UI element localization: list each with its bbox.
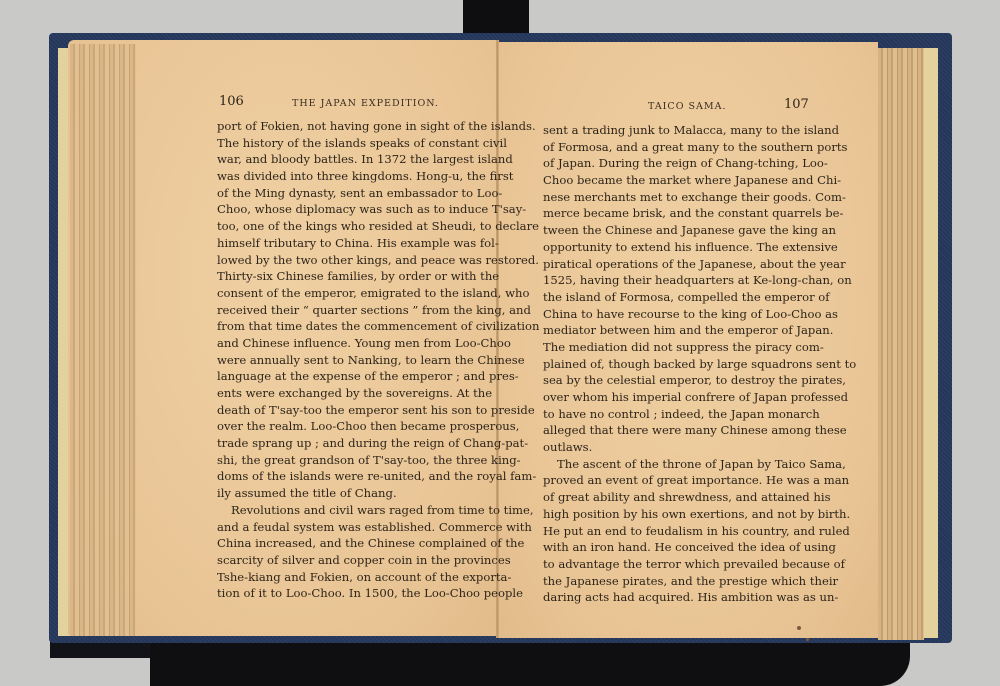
text-line: of Formosa, and a great many to the sout… xyxy=(543,139,801,156)
foxing-spot xyxy=(806,638,809,641)
text-line: sent a trading junk to Malacca, many to … xyxy=(543,122,801,139)
text-line: sea by the celestial emperor, to destroy… xyxy=(543,372,801,389)
text-line: Choo became the market where Japanese an… xyxy=(543,172,801,189)
text-line: over whom his imperial confrere of Japan… xyxy=(543,389,801,406)
text-line: received their “ quarter sections ” from… xyxy=(217,302,477,319)
right-page-text: sent a trading junk to Malacca, many to … xyxy=(543,122,801,606)
text-line: Choo, whose diplomacy was such as to ind… xyxy=(217,201,477,218)
background-shadow-bottom xyxy=(150,636,910,686)
foxing-spot xyxy=(797,626,801,630)
left-page-text: port of Fokien, not having gone in sight… xyxy=(217,118,477,602)
text-line: tion of it to Loo-Choo. In 1500, the Loo… xyxy=(217,585,477,602)
text-line: opportunity to extend his influence. The… xyxy=(543,239,801,256)
text-line: himself tributary to China. His example … xyxy=(217,235,477,252)
text-line: doms of the islands were re-united, and … xyxy=(217,468,477,485)
text-line: alleged that there were many Chinese amo… xyxy=(543,422,801,439)
text-line: was divided into three kingdoms. Hong-u,… xyxy=(217,168,477,185)
right-running-head: TAICO SAMA. xyxy=(648,101,726,112)
text-line: Thirty-six Chinese families, by order or… xyxy=(217,268,477,285)
text-line: the island of Formosa, compelled the emp… xyxy=(543,289,801,306)
left-page-edges xyxy=(70,44,136,636)
left-running-head: THE JAPAN EXPEDITION. xyxy=(292,98,439,109)
text-line: port of Fokien, not having gone in sight… xyxy=(217,118,477,135)
text-line: death of T'say-too the emperor sent his … xyxy=(217,402,477,419)
text-line: piratical operations of the Japanese, ab… xyxy=(543,256,801,273)
text-line: tween the Chinese and Japanese gave the … xyxy=(543,222,801,239)
text-line: to advantage the terror which prevailed … xyxy=(543,556,801,573)
text-line: mediator between him and the emperor of … xyxy=(543,322,801,339)
text-line: shi, the great grandson of T'say-too, th… xyxy=(217,452,477,469)
text-line: ents were exchanged by the sovereigns. A… xyxy=(217,385,477,402)
text-line: from that time dates the commencement of… xyxy=(217,318,477,335)
text-line: of the Ming dynasty, sent an embassador … xyxy=(217,185,477,202)
text-line: He put an end to feudalism in his countr… xyxy=(543,523,801,540)
right-flyleaf xyxy=(924,48,938,638)
right-page-number: 107 xyxy=(784,97,809,112)
text-line: lowed by the two other kings, and peace … xyxy=(217,252,477,269)
left-page-number: 106 xyxy=(219,94,244,109)
text-line: trade sprang up ; and during the reign o… xyxy=(217,435,477,452)
text-line: plained of, though backed by large squad… xyxy=(543,356,801,373)
text-line: and Chinese influence. Young men from Lo… xyxy=(217,335,477,352)
text-line: too, one of the kings who resided at She… xyxy=(217,218,477,235)
text-line: ily assumed the title of Chang. xyxy=(217,485,477,502)
text-line: consent of the emperor, emigrated to the… xyxy=(217,285,477,302)
text-line: of great ability and shrewdness, and att… xyxy=(543,489,801,506)
text-line: merce became brisk, and the constant qua… xyxy=(543,205,801,222)
text-line: China increased, and the Chinese complai… xyxy=(217,535,477,552)
right-page-edges xyxy=(878,48,924,640)
text-line: China to have recourse to the king of Lo… xyxy=(543,306,801,323)
text-line: language at the expense of the emperor ;… xyxy=(217,368,477,385)
text-line: Tshe-kiang and Fokien, on account of the… xyxy=(217,569,477,586)
text-line: proved an event of great importance. He … xyxy=(543,472,801,489)
text-line: over the realm. Loo-Choo then became pro… xyxy=(217,418,477,435)
text-line: were annually sent to Nanking, to learn … xyxy=(217,352,477,369)
text-line: of Japan. During the reign of Chang-tchi… xyxy=(543,155,801,172)
text-line: scarcity of silver and copper coin in th… xyxy=(217,552,477,569)
text-line: 1525, having their headquarters at Ke-lo… xyxy=(543,272,801,289)
text-line: to have no control ; indeed, the Japan m… xyxy=(543,406,801,423)
text-line: daring acts had acquired. His ambition w… xyxy=(543,589,801,606)
text-line: the Japanese pirates, and the prestige w… xyxy=(543,573,801,590)
text-line: outlaws. xyxy=(543,439,801,456)
text-line: war, and bloody battles. In 1372 the lar… xyxy=(217,151,477,168)
text-line: The ascent of the throne of Japan by Tai… xyxy=(543,456,801,473)
text-line: Revolutions and civil wars raged from ti… xyxy=(217,502,477,519)
text-line: The history of the islands speaks of con… xyxy=(217,135,477,152)
text-line: nese merchants met to exchange their goo… xyxy=(543,189,801,206)
text-line: and a feudal system was established. Com… xyxy=(217,519,477,536)
text-line: The mediation did not suppress the pirac… xyxy=(543,339,801,356)
text-line: high position by his own exertions, and … xyxy=(543,506,801,523)
text-line: with an iron hand. He conceived the idea… xyxy=(543,539,801,556)
